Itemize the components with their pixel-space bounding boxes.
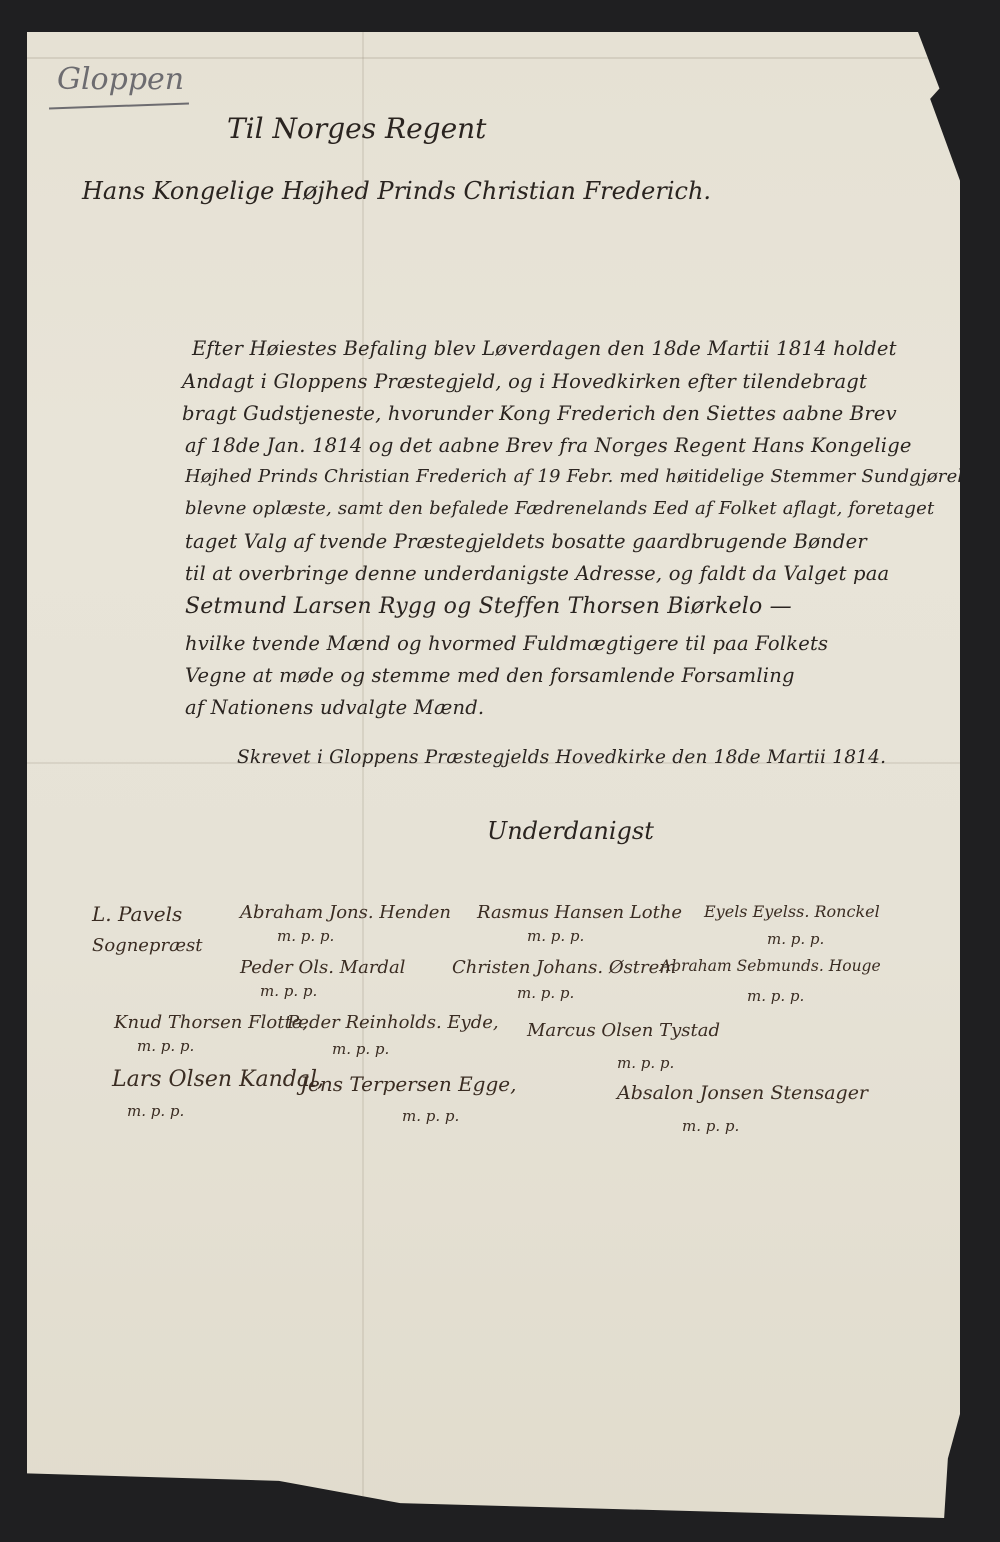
signature: Rasmus Hansen Lothe [477,902,682,923]
signature: Marcus Olsen Tystad [527,1020,720,1041]
mark-mpp: m. p. p. [517,984,574,1002]
body-line: Højhed Prinds Christian Frederich af 19 … [185,466,984,487]
dateline: Skrevet i Gloppens Præstegjelds Hovedkir… [237,747,886,768]
mark-mpp: m. p. p. [137,1037,194,1055]
mark-mpp: m. p. p. [617,1054,674,1072]
body-line: bragt Gudstjeneste, hvorunder Kong Frede… [182,402,897,425]
signature: Abraham Sebmunds. Houge [660,957,881,975]
mark-mpp: m. p. p. [747,987,804,1005]
fold-line [27,57,960,59]
mark-mpp: m. p. p. [260,982,317,1000]
body-line: Vegne at møde og stemme med den forsamle… [185,664,795,687]
body-line: blevne oplæste, samt den befalede Fædren… [185,498,934,519]
body-line: Andagt i Gloppens Præstegjeld, og i Hove… [182,370,867,393]
body-line: taget Valg af tvende Præstegjeldets bosa… [185,530,867,553]
valediction: Underdanigst [487,817,654,845]
mark-mpp: m. p. p. [767,930,824,948]
body-line: af 18de Jan. 1814 og det aabne Brev fra … [185,434,912,457]
body-line: til at overbringe denne underdanigste Ad… [185,562,889,585]
signature: Peder Reinholds. Eyde, [287,1012,499,1033]
mark-mpp: m. p. p. [332,1040,389,1058]
signature: Eyels Eyelss. Ronckel [704,902,880,921]
fold-line-vertical [362,32,364,1518]
mark-mpp: m. p. p. [277,927,334,945]
signature-priest-title: Sognepræst [92,935,202,956]
mark-mpp: m. p. p. [127,1102,184,1120]
manuscript-page: Gloppen Til Norges Regent Hans Kongelige… [27,32,960,1518]
mark-mpp: m. p. p. [402,1107,459,1125]
signature: Lars Olsen Kandal, [112,1067,324,1092]
mark-mpp: m. p. p. [527,927,584,945]
body-line: Efter Høiestes Befaling blev Løverdagen … [192,337,897,360]
mark-mpp: m. p. p. [682,1117,739,1135]
marginal-note: Gloppen [57,62,184,97]
signature: Christen Johans. Østrem [452,957,676,978]
body-line-delegates: Setmund Larsen Rygg og Steffen Thorsen B… [185,594,792,619]
marginal-note-underline [49,103,189,110]
signature: Knud Thorsen Flotte, [114,1012,308,1033]
body-line: hvilke tvende Mænd og hvormed Fuldmægtig… [185,632,828,655]
signature: Absalon Jonsen Stensager [617,1082,868,1104]
body-line: af Nationens udvalgte Mænd. [185,696,484,719]
signature: Abraham Jons. Henden [240,902,451,923]
salutation-line-1: Til Norges Regent [227,112,486,145]
signature: Jens Terpersen Egge, [300,1072,516,1096]
signature: Peder Ols. Mardal [240,957,405,978]
salutation-line-2: Hans Kongelige Højhed Prinds Christian F… [82,177,711,205]
signature-priest: L. Pavels [92,902,182,926]
